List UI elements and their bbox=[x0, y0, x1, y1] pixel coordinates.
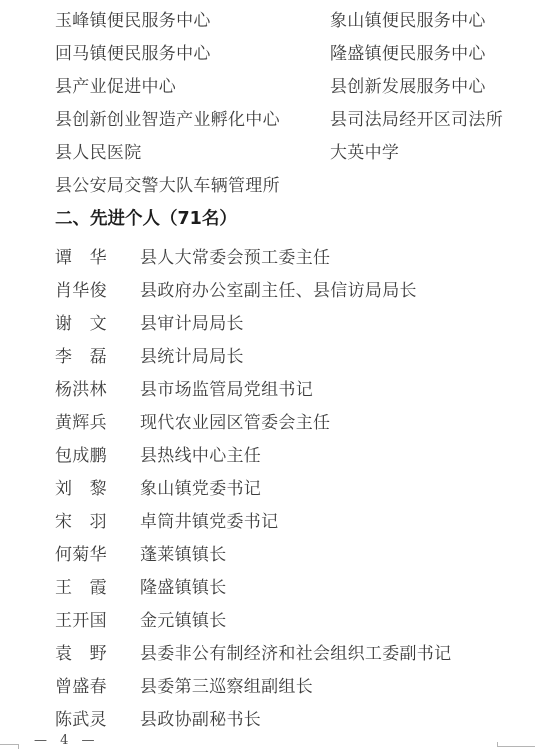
person-title: 县热线中心主任 bbox=[140, 446, 261, 466]
organization-list: 玉峰镇便民服务中心 象山镇便民服务中心 回马镇便民服务中心 隆盛镇便民服务中心 … bbox=[0, 0, 535, 203]
text-boundary-corner-mark-right bbox=[497, 742, 535, 747]
person-title: 现代农业园区管委会主任 bbox=[140, 413, 330, 433]
person-name: 谢 文 bbox=[55, 308, 140, 341]
person-title: 蓬莱镇镇长 bbox=[140, 545, 227, 565]
person-name: 王开国 bbox=[55, 605, 140, 638]
person-title: 县政府办公室副主任、县信访局局长 bbox=[140, 281, 417, 301]
person-row: 袁 野县委非公有制经济和社会组织工委副书记 bbox=[55, 638, 535, 671]
person-title: 县统计局局长 bbox=[140, 347, 244, 367]
org-row: 玉峰镇便民服务中心 象山镇便民服务中心 bbox=[55, 5, 535, 38]
person-row: 曾盛春县委第三巡察组副组长 bbox=[55, 671, 535, 704]
person-name: 肖华俊 bbox=[55, 275, 140, 308]
person-row: 杨洪林县市场监管局党组书记 bbox=[55, 374, 535, 407]
person-title: 卓筒井镇党委书记 bbox=[140, 512, 278, 532]
org-name: 县产业促进中心 bbox=[55, 71, 330, 104]
person-row: 谢 文县审计局局长 bbox=[55, 308, 535, 341]
person-title: 县委第三巡察组副组长 bbox=[140, 677, 313, 697]
person-row: 宋 羽卓筒井镇党委书记 bbox=[55, 506, 535, 539]
person-name: 谭 华 bbox=[55, 242, 140, 275]
org-row: 县创新创业智造产业孵化中心 县司法局经开区司法所 bbox=[55, 104, 535, 137]
text-boundary-corner-mark-left bbox=[0, 744, 19, 749]
org-row: 县人民医院 大英中学 bbox=[55, 137, 535, 170]
document-page: 玉峰镇便民服务中心 象山镇便民服务中心 回马镇便民服务中心 隆盛镇便民服务中心 … bbox=[0, 0, 535, 755]
people-list: 谭 华县人大常委会预工委主任 肖华俊县政府办公室副主任、县信访局局长 谢 文县审… bbox=[0, 242, 535, 737]
org-row: 回马镇便民服务中心 隆盛镇便民服务中心 bbox=[55, 38, 535, 71]
org-name: 回马镇便民服务中心 bbox=[55, 38, 330, 71]
org-name: 县司法局经开区司法所 bbox=[330, 104, 503, 137]
person-name: 何菊华 bbox=[55, 539, 140, 572]
person-row: 李 磊县统计局局长 bbox=[55, 341, 535, 374]
person-title: 县审计局局长 bbox=[140, 314, 244, 334]
person-row: 谭 华县人大常委会预工委主任 bbox=[55, 242, 535, 275]
person-name: 李 磊 bbox=[55, 341, 140, 374]
person-row: 王 霞隆盛镇镇长 bbox=[55, 572, 535, 605]
org-row: 县公安局交警大队车辆管理所 bbox=[55, 170, 535, 203]
org-name: 县创新创业智造产业孵化中心 bbox=[55, 104, 330, 137]
person-name: 曾盛春 bbox=[55, 671, 140, 704]
page-number: — 4 — bbox=[34, 733, 97, 748]
person-title: 县人大常委会预工委主任 bbox=[140, 248, 330, 268]
person-title: 象山镇党委书记 bbox=[140, 479, 261, 499]
person-title: 隆盛镇镇长 bbox=[140, 578, 227, 598]
org-name: 县人民医院 bbox=[55, 137, 330, 170]
person-row: 陈武灵县政协副秘书长 bbox=[55, 704, 535, 737]
person-title: 县委非公有制经济和社会组织工委副书记 bbox=[140, 644, 451, 664]
person-row: 刘 黎象山镇党委书记 bbox=[55, 473, 535, 506]
person-row: 何菊华蓬莱镇镇长 bbox=[55, 539, 535, 572]
org-name: 县公安局交警大队车辆管理所 bbox=[55, 170, 330, 203]
person-name: 王 霞 bbox=[55, 572, 140, 605]
person-title: 县市场监管局党组书记 bbox=[140, 380, 313, 400]
person-title: 县政协副秘书长 bbox=[140, 710, 261, 730]
person-name: 袁 野 bbox=[55, 638, 140, 671]
org-name: 县创新发展服务中心 bbox=[330, 71, 486, 104]
person-name: 宋 羽 bbox=[55, 506, 140, 539]
org-name: 隆盛镇便民服务中心 bbox=[330, 38, 486, 71]
org-name: 玉峰镇便民服务中心 bbox=[55, 5, 330, 38]
person-row: 包成鹏县热线中心主任 bbox=[55, 440, 535, 473]
org-row: 县产业促进中心 县创新发展服务中心 bbox=[55, 71, 535, 104]
person-row: 王开国金元镇镇长 bbox=[55, 605, 535, 638]
person-name: 包成鹏 bbox=[55, 440, 140, 473]
person-name: 杨洪林 bbox=[55, 374, 140, 407]
person-row: 黄辉兵现代农业园区管委会主任 bbox=[55, 407, 535, 440]
person-name: 黄辉兵 bbox=[55, 407, 140, 440]
person-title: 金元镇镇长 bbox=[140, 611, 227, 631]
org-name: 象山镇便民服务中心 bbox=[330, 5, 486, 38]
section-heading: 二、先进个人（71名） bbox=[0, 203, 535, 235]
org-name: 大英中学 bbox=[330, 137, 399, 170]
person-row: 肖华俊县政府办公室副主任、县信访局局长 bbox=[55, 275, 535, 308]
person-name: 刘 黎 bbox=[55, 473, 140, 506]
